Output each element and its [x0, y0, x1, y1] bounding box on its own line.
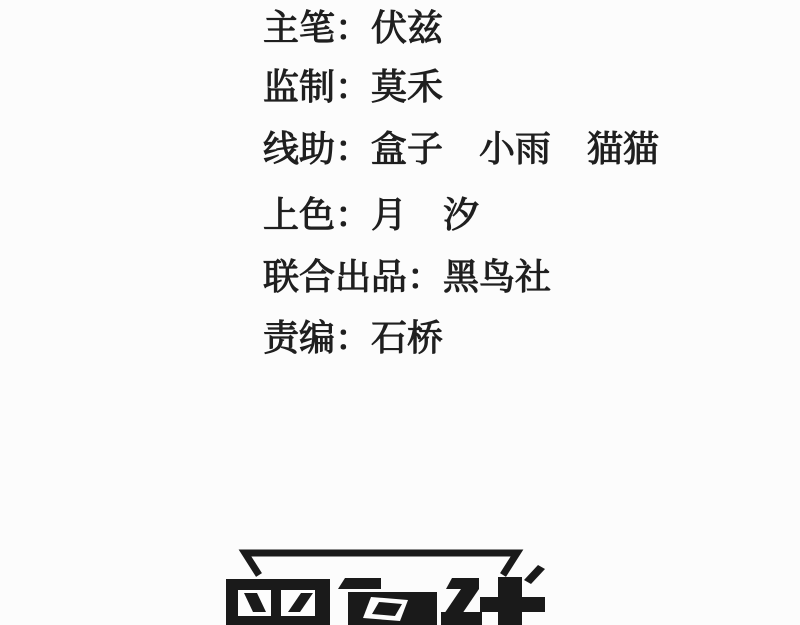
logo-char-hei [226, 579, 330, 625]
credit-value: 莫禾 [371, 66, 443, 107]
credit-value: 黑鸟社 [443, 256, 551, 297]
logo-char-she [441, 565, 545, 625]
publisher-logo [0, 543, 800, 625]
credit-role-label: 责编： [263, 317, 371, 358]
credit-value: 石桥 [371, 317, 443, 358]
logo-roof-stroke [245, 553, 517, 575]
credits-page: 主笔：伏兹 监制：莫禾 线助：盒子 小雨 猫猫 上色：月 汐 联合出品：黑鸟社 … [0, 0, 800, 625]
credit-role-label: 线助： [263, 128, 371, 169]
credit-line-supervisor: 监制：莫禾 [263, 69, 443, 105]
credit-role-label: 上色： [263, 194, 371, 235]
logo-char-niao [338, 578, 437, 625]
credit-value: 月 汐 [371, 194, 479, 235]
credit-role-label: 主笔： [263, 7, 371, 48]
credit-role-label: 监制： [263, 66, 371, 107]
credit-line-colorist: 上色：月 汐 [263, 197, 479, 233]
credit-line-line-assistants: 线助：盒子 小雨 猫猫 [263, 131, 659, 167]
credit-line-lead-artist: 主笔：伏兹 [263, 10, 443, 46]
credit-line-editor: 责编：石桥 [263, 320, 443, 356]
credit-value: 伏兹 [371, 7, 443, 48]
logo-ink [226, 565, 545, 625]
credit-line-co-publisher: 联合出品：黑鸟社 [263, 259, 551, 295]
credit-role-label: 联合出品： [263, 256, 443, 297]
credit-value: 盒子 小雨 猫猫 [371, 128, 659, 169]
